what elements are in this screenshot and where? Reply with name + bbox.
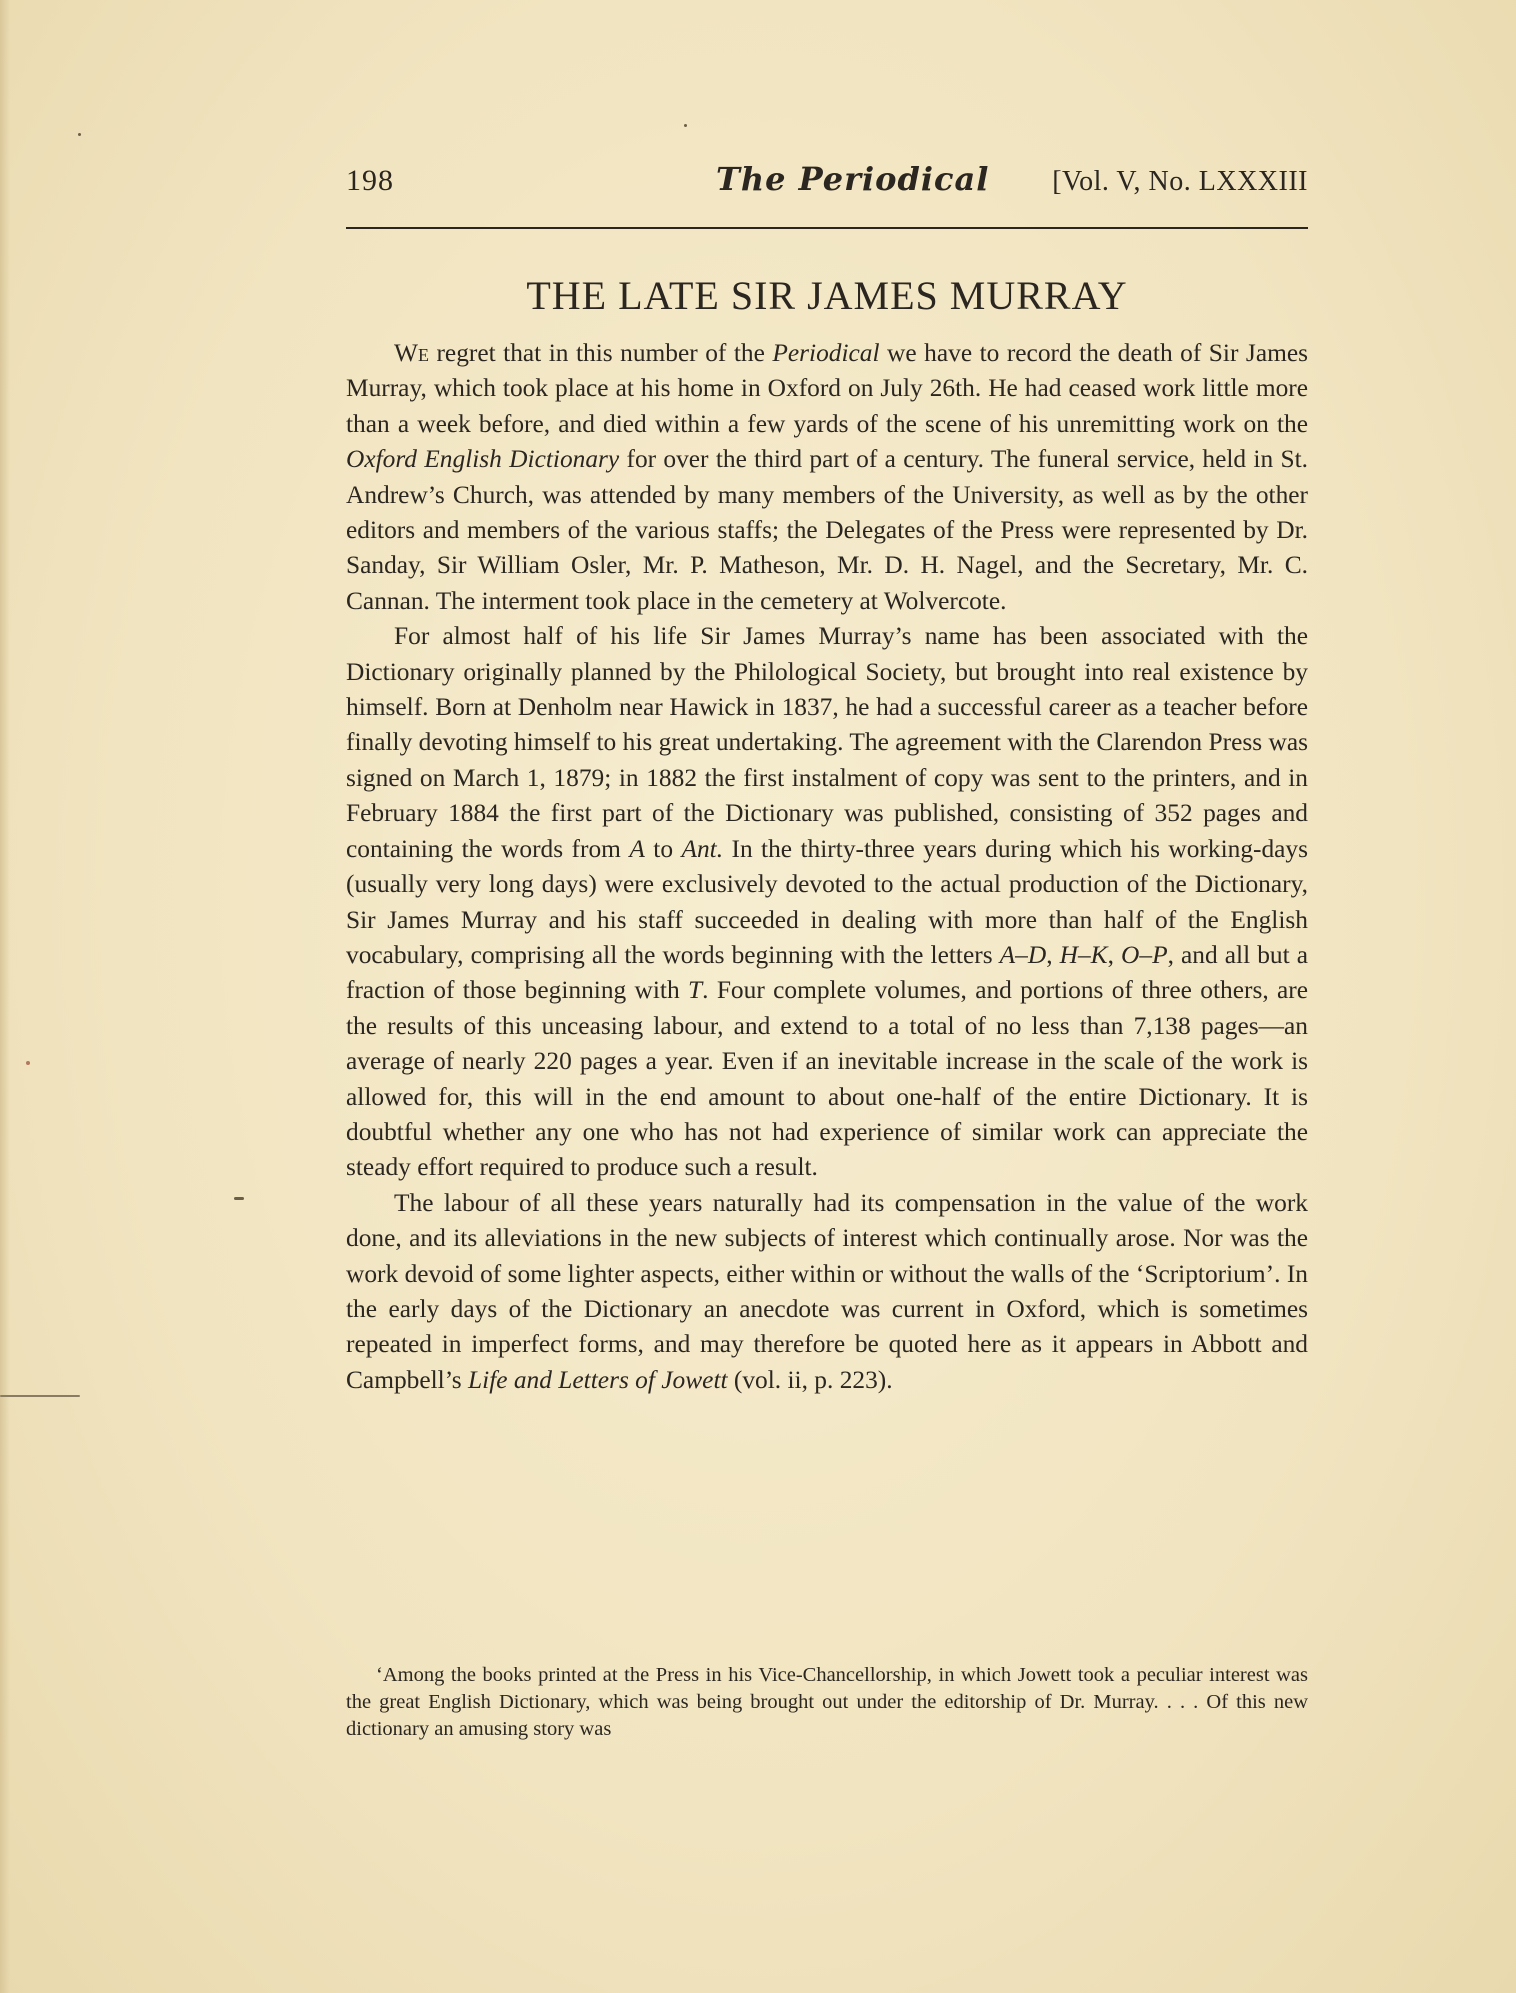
running-header: 198 The Periodical [Vol. V, No. LXXXIII xyxy=(346,160,1308,210)
article-paragraph: For almost half of his life Sir James Mu… xyxy=(346,619,1308,1186)
text-run: to xyxy=(645,835,682,863)
italic-text: A xyxy=(629,835,645,863)
article-body: We regret that in this number of the Per… xyxy=(346,336,1308,1398)
scanned-page: 198 The Periodical [Vol. V, No. LXXXIII … xyxy=(0,0,1516,1993)
paper-speck xyxy=(684,124,687,127)
text-run: For almost half of his life Sir James Mu… xyxy=(346,622,1308,862)
masthead-title: The Periodical xyxy=(716,160,989,198)
italic-text: O–P xyxy=(1121,941,1168,969)
italic-text: Periodical xyxy=(772,339,879,367)
paper-speck xyxy=(234,1197,244,1200)
italic-text: Oxford English Dictionary xyxy=(346,445,619,473)
page-number: 198 xyxy=(346,164,394,198)
italic-text: T xyxy=(688,976,702,1004)
paper-speck xyxy=(78,133,81,136)
italic-text: Ant. xyxy=(681,835,723,863)
article-paragraph: The labour of all these years naturally … xyxy=(346,1186,1308,1398)
small-caps-opening: We xyxy=(394,339,429,367)
volume-issue: [Vol. V, No. LXXXIII xyxy=(1052,166,1308,198)
italic-text: A–D xyxy=(1000,941,1047,969)
page-edge-shadow xyxy=(0,0,10,1993)
text-run: . Four complete volumes, and portions of… xyxy=(346,976,1308,1181)
text-run: regret that in this number of the xyxy=(429,339,772,367)
text-run: (vol. ii, p. 223). xyxy=(728,1366,893,1394)
text-run: , xyxy=(1108,941,1121,969)
header-rule xyxy=(346,227,1308,229)
text-run: The labour of all these years naturally … xyxy=(346,1189,1308,1394)
block-quote: ‘Among the books printed at the Press in… xyxy=(346,1662,1308,1743)
paper-speck xyxy=(26,1061,30,1065)
text-run: , xyxy=(1046,941,1059,969)
italic-text: Life and Letters of Jowett xyxy=(468,1366,728,1394)
quote-paragraph: ‘Among the books printed at the Press in… xyxy=(346,1662,1308,1743)
italic-text: H–K xyxy=(1060,941,1108,969)
paper-speck xyxy=(0,1395,80,1397)
article-title: THE LATE SIR JAMES MURRAY xyxy=(346,272,1308,319)
article-paragraph: We regret that in this number of the Per… xyxy=(346,336,1308,619)
